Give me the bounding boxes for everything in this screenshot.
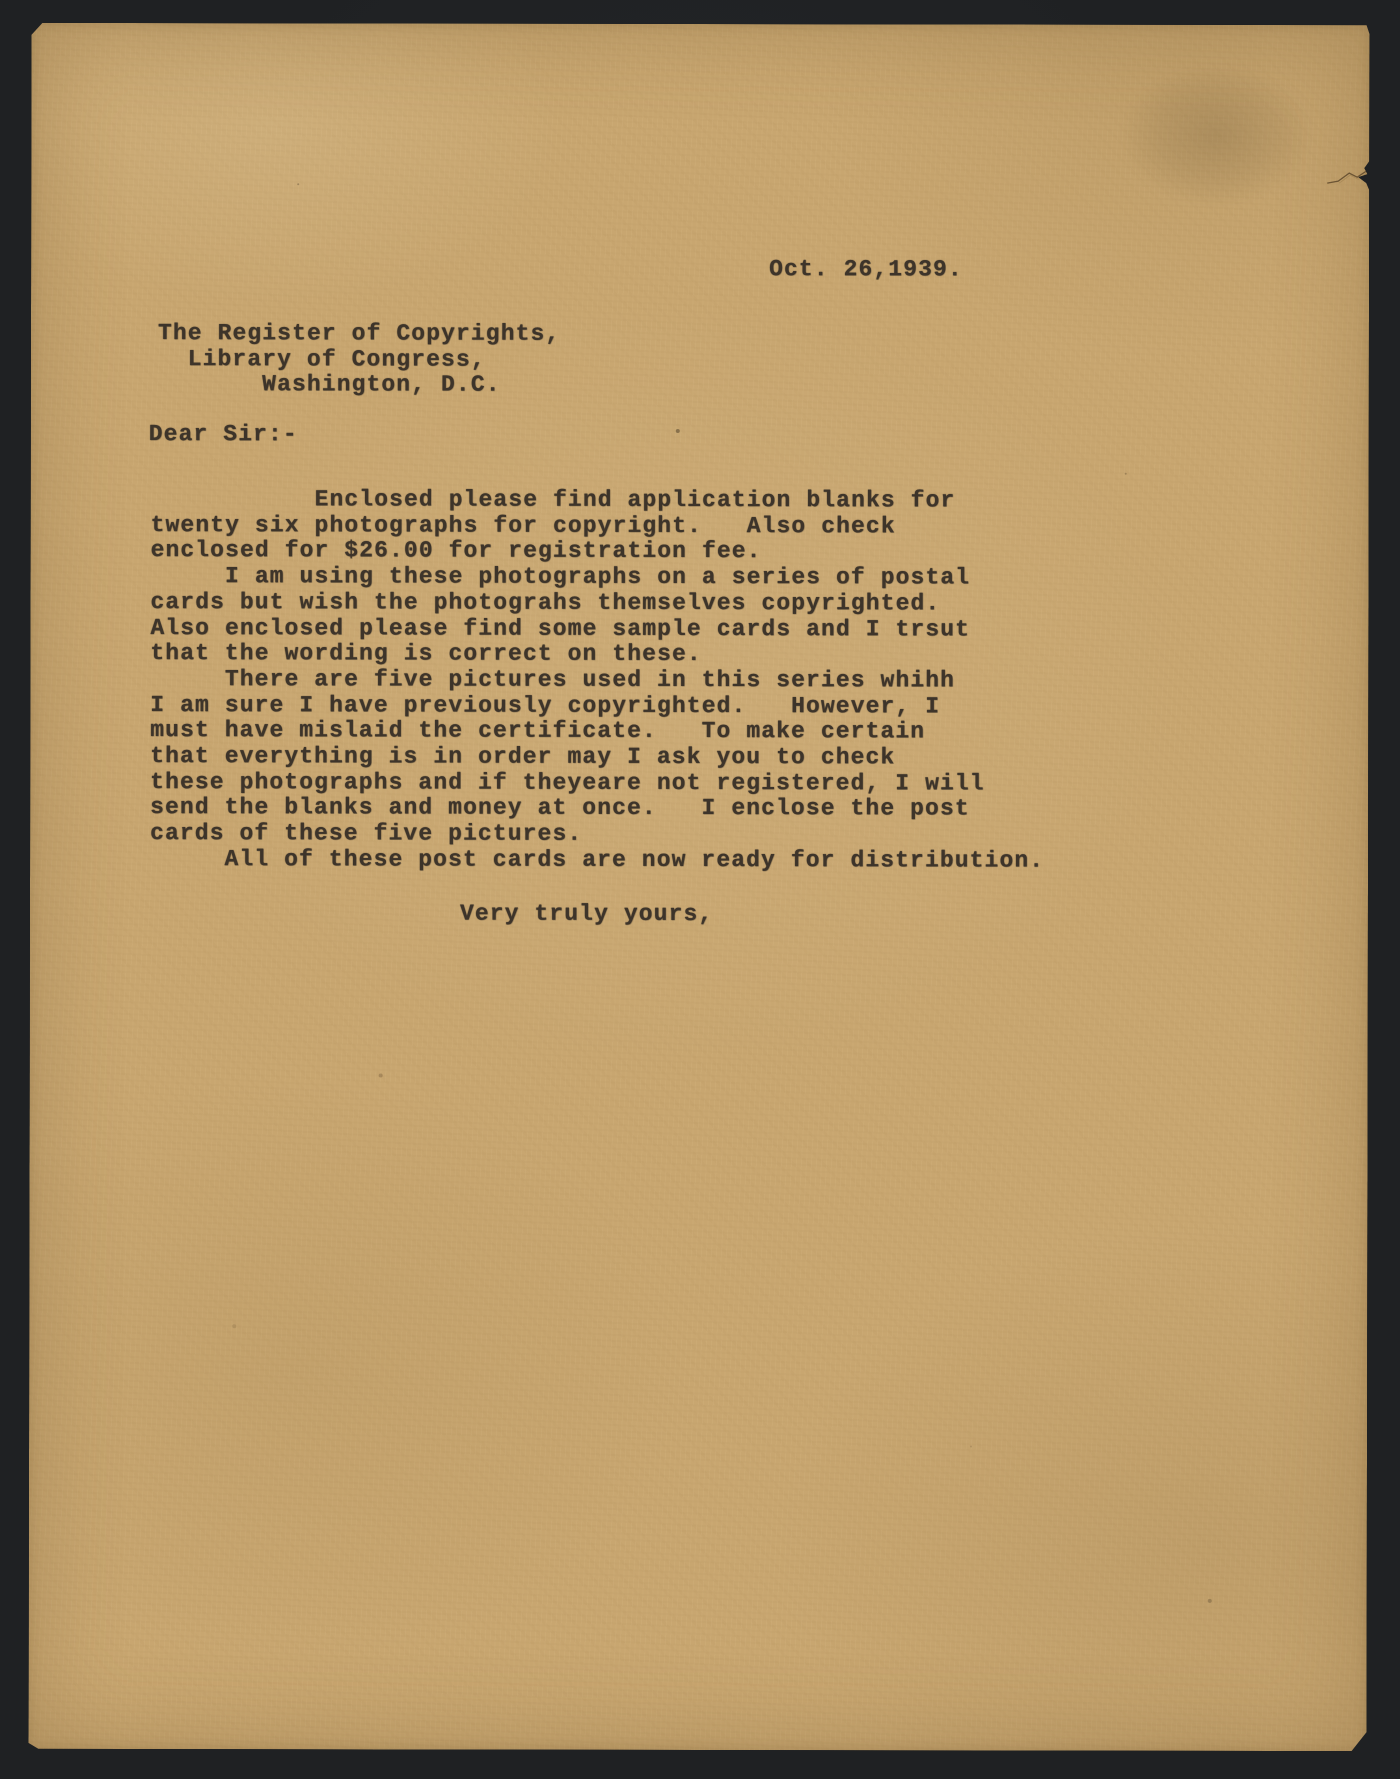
letter-date: Oct. 26,1939. — [769, 257, 963, 283]
salutation: Dear Sir:- — [149, 422, 298, 448]
letter-paper: Oct. 26,1939. The Register of Copyrights… — [28, 23, 1369, 1751]
paper-tear-crack — [1323, 153, 1369, 197]
recipient-address: The Register of Copyrights, Library of C… — [158, 321, 561, 399]
closing: Very truly yours, — [460, 902, 713, 928]
letter-body: Enclosed please find application blanks … — [150, 487, 1045, 874]
paper-specks — [32, 23, 34, 25]
scan-backdrop: Oct. 26,1939. The Register of Copyrights… — [0, 0, 1400, 1779]
paper-smudge — [1121, 65, 1311, 205]
